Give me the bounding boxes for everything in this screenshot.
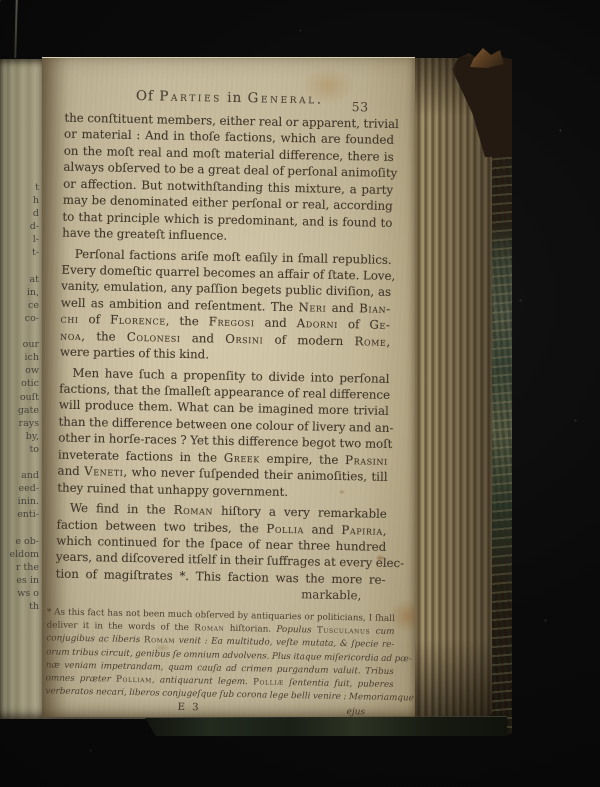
fragment-line: eldom bbox=[0, 548, 39, 561]
fragment-line: by, bbox=[0, 430, 39, 443]
text-segment: Populus bbox=[276, 625, 317, 636]
fragment-line: es in bbox=[0, 574, 39, 587]
text-segment: were parties of this kind. bbox=[60, 345, 209, 362]
text-segment: cum bbox=[370, 627, 394, 637]
text-segment: Parties bbox=[159, 88, 222, 105]
page-number: 53 bbox=[352, 99, 369, 114]
fragment-line: th bbox=[0, 600, 39, 613]
marbled-board-edge bbox=[492, 59, 512, 735]
text-segment: Bian- bbox=[359, 301, 391, 316]
text-segment: of bbox=[78, 312, 110, 327]
text-segment: conjugibus ac liberis bbox=[46, 634, 144, 646]
text-segment: of modern bbox=[263, 332, 354, 348]
fragment-line: l- bbox=[0, 233, 39, 246]
text-segment: Papiria bbox=[341, 523, 383, 538]
text-segment: Tusculanus bbox=[317, 626, 371, 637]
fragment-line: otic bbox=[0, 377, 39, 390]
fragment-line: our bbox=[0, 338, 39, 351]
text-segment: Orsini bbox=[225, 331, 263, 346]
text-segment: and bbox=[180, 331, 225, 346]
text-segment: Greek bbox=[224, 450, 260, 465]
fragment-line bbox=[0, 325, 39, 338]
fragment-line: h bbox=[0, 194, 39, 207]
fragment-line: ce bbox=[0, 299, 39, 312]
text-segment: ſententia fuit, puberes bbox=[284, 678, 394, 690]
fragment-line: and bbox=[0, 469, 39, 482]
text-segment: deliver it in the words of the bbox=[47, 621, 195, 634]
fragment-line: e ob- bbox=[0, 535, 39, 548]
text-segment: they ruined that unhappy government. bbox=[57, 480, 288, 498]
text-segment: Prasini bbox=[345, 453, 388, 468]
fragment-line: enti- bbox=[0, 508, 39, 521]
text-segment: empire, the bbox=[260, 451, 346, 467]
fragment-line: co- bbox=[0, 312, 39, 325]
text-segment: Of bbox=[136, 88, 160, 104]
text-segment: inveterate factions in the bbox=[58, 447, 224, 464]
fore-edge-pages bbox=[415, 58, 492, 718]
fragment-line: eed- bbox=[0, 482, 39, 495]
dust-specks bbox=[0, 0, 1, 1]
text-segment: Veneti bbox=[84, 464, 124, 479]
fragment-line: in, bbox=[0, 286, 39, 299]
text-segment: Adorni bbox=[297, 316, 339, 331]
page-title: Of Parties in General. bbox=[65, 87, 395, 109]
text-segment: Rome bbox=[354, 334, 386, 349]
fragment-line bbox=[0, 260, 39, 273]
text-segment: chi bbox=[60, 312, 78, 326]
text-segment: have the greateſt influence. bbox=[62, 226, 227, 243]
text-segment: , antiquarunt legem. bbox=[152, 675, 253, 687]
fragment-line: t- bbox=[0, 246, 39, 259]
text-segment: Pollia bbox=[266, 521, 304, 536]
fragment-line: at bbox=[0, 273, 39, 286]
text-segment: , bbox=[386, 335, 390, 349]
fragment-line: ich bbox=[0, 351, 39, 364]
text-segment: venit : Ea multitudo, veſte mutata, & ſp… bbox=[175, 636, 394, 650]
text-segment: Florence bbox=[110, 313, 166, 328]
text-segment: in bbox=[222, 90, 248, 106]
text-segment: omnes præter bbox=[46, 673, 117, 684]
fragment-line: ouſt bbox=[0, 391, 39, 404]
book-page: Of Parties in General. 53 the conſtituen… bbox=[42, 57, 415, 717]
fragment-line: inin. bbox=[0, 495, 39, 508]
text-segment: Roman bbox=[194, 624, 224, 635]
left-page-text-fragments: thdd-l-t-atin,ceco-ourichowoticouſtgater… bbox=[0, 59, 42, 613]
fragment-line: gate bbox=[0, 404, 39, 417]
fragment-line: r the bbox=[0, 561, 39, 574]
paragraph-4: We find in the Roman hiſtory a very rema… bbox=[55, 500, 387, 589]
text-segment: Roman bbox=[174, 503, 214, 518]
text-segment: Romam bbox=[144, 636, 175, 647]
fragment-line: t bbox=[0, 181, 39, 194]
text-segment: Polliæ bbox=[253, 677, 284, 688]
fragment-line: d bbox=[0, 207, 39, 220]
text-segment: and bbox=[57, 464, 84, 479]
facing-page-edge: thdd-l-t-atin,ceco-ourichowoticouſtgater… bbox=[0, 59, 42, 719]
text-segment: of bbox=[338, 317, 370, 332]
fragment-line: d- bbox=[0, 220, 39, 233]
signature-mark: E 3 bbox=[178, 702, 201, 713]
text-segment: noa bbox=[60, 328, 81, 342]
fragment-line bbox=[0, 456, 39, 469]
fragment-line: ws o bbox=[0, 587, 39, 600]
text-segment: , the bbox=[81, 329, 127, 344]
text-segment: Fregosi bbox=[209, 315, 255, 330]
fragment-line: to bbox=[0, 443, 39, 456]
paragraph-1: the conſtituent members, either real or … bbox=[62, 110, 394, 248]
torn-leather-tip bbox=[470, 48, 504, 68]
page-content: Of Parties in General. 53 the conſtituen… bbox=[53, 87, 395, 717]
text-segment: , the bbox=[166, 314, 209, 329]
paragraph-3: Men have ſuch a propenſity to divide int… bbox=[57, 364, 389, 502]
text-segment: hiſtory a very remarkable bbox=[213, 504, 387, 521]
paragraph-2: Perſonal factions ariſe moſt eaſily in ſ… bbox=[60, 245, 392, 366]
open-book: thdd-l-t-atin,ceco-ourichowoticouſtgater… bbox=[0, 57, 512, 738]
photograph-scene: thdd-l-t-atin,ceco-ourichowoticouſtgater… bbox=[0, 0, 600, 787]
text-segment: Colonesi bbox=[127, 330, 181, 345]
text-segment: , bbox=[383, 523, 387, 537]
text-segment: Neri bbox=[298, 300, 326, 315]
text-segment: We find in the bbox=[70, 501, 174, 517]
text-segment: hiſtorian. bbox=[224, 624, 276, 635]
text-segment: General. bbox=[247, 90, 323, 107]
fragment-line: rays bbox=[0, 417, 39, 430]
fragment-line bbox=[0, 521, 39, 534]
thread-line bbox=[14, 0, 18, 58]
text-segment: and bbox=[326, 300, 359, 315]
fragment-line: ow bbox=[0, 364, 39, 377]
text-segment: Polliam bbox=[116, 674, 152, 685]
bottom-cover-edge bbox=[145, 716, 507, 736]
text-segment: Ge- bbox=[369, 318, 390, 332]
footnote: * As this fact has not been much obſerve… bbox=[45, 607, 395, 705]
text-segment: and bbox=[254, 316, 296, 331]
footnote-catchword: ejus bbox=[346, 707, 365, 717]
text-segment: and bbox=[304, 522, 342, 537]
